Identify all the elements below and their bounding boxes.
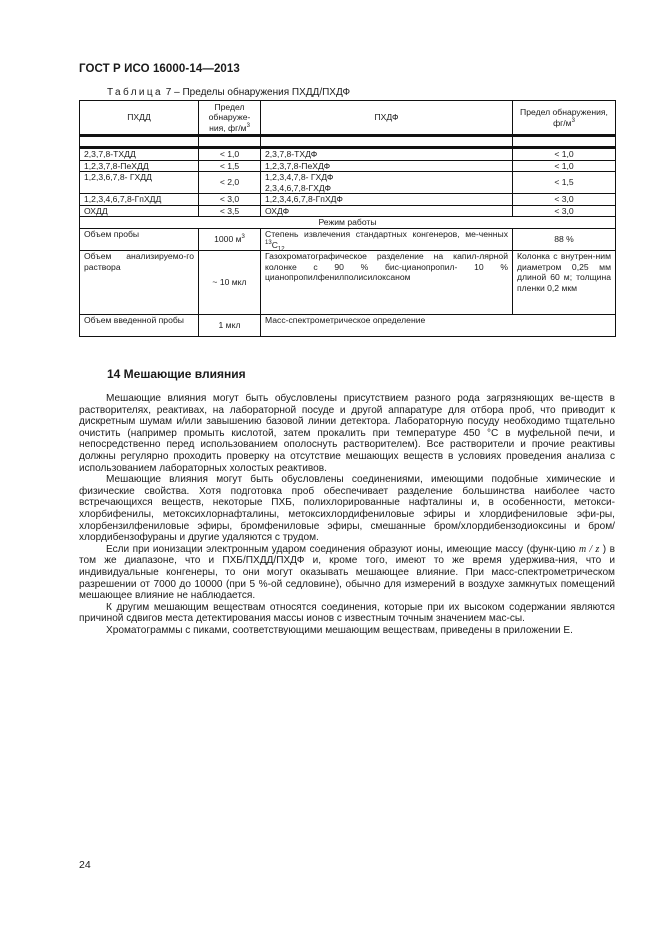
paragraph: Мешающие влияния могут быть обусловлены … [79, 474, 615, 544]
pcdd-cell: 1,2,3,6,7,8- ГХДД [80, 172, 199, 194]
pcdf-cell: ОХДФ [261, 205, 513, 217]
pcdd-limit-cell: < 1,5 [199, 160, 261, 172]
mz-formula: m / z [579, 544, 599, 555]
header-pcdf: ПХДФ [261, 101, 513, 136]
section-body: Мешающие влияния могут быть обусловлены … [79, 393, 615, 636]
header-pcdd-limit: Предел обнаруже-ния, фг/м3 [199, 101, 261, 136]
pcdd-cell: ОХДД [80, 205, 199, 217]
pcdd-limit-cell: < 3,5 [199, 205, 261, 217]
mode-row: Объем анализируемо-го раствора ~ 10 мкл … [80, 251, 616, 315]
mode-desc: Газохроматографическое разделение на кап… [261, 251, 513, 315]
table-caption-number: 7 [166, 87, 172, 98]
mode-desc: Масс-спектрометрическое определение [261, 315, 616, 337]
pcdd-cell: 1,2,3,7,8-ПеХДД [80, 160, 199, 172]
mode-row: Объем пробы 1000 м3 Степень извлечения с… [80, 229, 616, 251]
pcdf-limit-cell: < 3,0 [513, 194, 616, 206]
pcdf-cell: 1,2,3,4,7,8- ГХДФ2,3,4,6,7,8-ГХДФ [261, 172, 513, 194]
pcdd-cell: 1,2,3,4,6,7,8-ГпХДД [80, 194, 199, 206]
paragraph: Если при ионизации электронным ударом со… [79, 544, 615, 602]
pcdd-limit-cell: < 2,0 [199, 172, 261, 194]
mode-result: Колонка с внутрен-ним диаметром 0,25 мм … [513, 251, 616, 315]
pcdf-cell: 2,3,7,8-ТХДФ [261, 148, 513, 161]
section-title: 14 Мешающие влияния [107, 367, 246, 381]
mode-header-row: Режим работы [80, 217, 616, 229]
pcdd-limit-cell: < 3,0 [199, 194, 261, 206]
paragraph: Хроматограммы с пиками, соответствующими… [79, 625, 615, 637]
pcdf-cell: 1,2,3,4,6,7,8-ГпХДФ [261, 194, 513, 206]
table-blank-row [80, 136, 616, 148]
table-caption-title: – Пределы обнаружения ПХДД/ПХДФ [174, 87, 350, 98]
mode-param: Объем анализируемо-го раствора [80, 251, 199, 315]
mode-value: 1000 м3 [199, 229, 261, 251]
pcdf-limit-cell: < 1,0 [513, 160, 616, 172]
pcdd-cell: 2,3,7,8-ТХДД [80, 148, 199, 161]
pcdd-limit-cell: < 1,0 [199, 148, 261, 161]
paragraph: Мешающие влияния могут быть обусловлены … [79, 393, 615, 474]
mode-header: Режим работы [80, 217, 616, 229]
detection-limits-table: ПХДД Предел обнаруже-ния, фг/м3 ПХДФ Пре… [79, 100, 616, 337]
table-caption: Таблица 7 – Пределы обнаружения ПХДД/ПХД… [107, 87, 350, 98]
mode-param: Объем введенной пробы [80, 315, 199, 337]
pcdf-limit-cell: < 3,0 [513, 205, 616, 217]
table-row: 1,2,3,4,6,7,8-ГпХДД < 3,0 1,2,3,4,6,7,8-… [80, 194, 616, 206]
table-caption-word: Таблица [107, 87, 163, 98]
mode-row: Объем введенной пробы 1 мкл Масс-спектро… [80, 315, 616, 337]
mode-value: ~ 10 мкл [199, 251, 261, 315]
table-header-row: ПХДД Предел обнаруже-ния, фг/м3 ПХДФ Пре… [80, 101, 616, 136]
pcdf-limit-cell: < 1,0 [513, 148, 616, 161]
paragraph: К другим мешающим веществам относятся со… [79, 602, 615, 625]
mode-result: 88 % [513, 229, 616, 251]
table-row: 2,3,7,8-ТХДД < 1,0 2,3,7,8-ТХДФ < 1,0 [80, 148, 616, 161]
table-row: 1,2,3,7,8-ПеХДД < 1,5 1,2,3,7,8-ПеХДФ < … [80, 160, 616, 172]
mode-value: 1 мкл [199, 315, 261, 337]
header-pcdd: ПХДД [80, 101, 199, 136]
pcdf-limit-cell: < 1,5 [513, 172, 616, 194]
mode-param: Объем пробы [80, 229, 199, 251]
header-pcdf-limit: Предел обнаружения, фг/м3 [513, 101, 616, 136]
page-number: 24 [79, 859, 91, 871]
table-row: ОХДД < 3,5 ОХДФ < 3,0 [80, 205, 616, 217]
mode-desc: Степень извлечения стандартных конгенеро… [261, 229, 513, 251]
table-row: 1,2,3,6,7,8- ГХДД < 2,0 1,2,3,4,7,8- ГХД… [80, 172, 616, 194]
document-header: ГОСТ Р ИСО 16000-14—2013 [79, 63, 240, 75]
pcdf-cell: 1,2,3,7,8-ПеХДФ [261, 160, 513, 172]
